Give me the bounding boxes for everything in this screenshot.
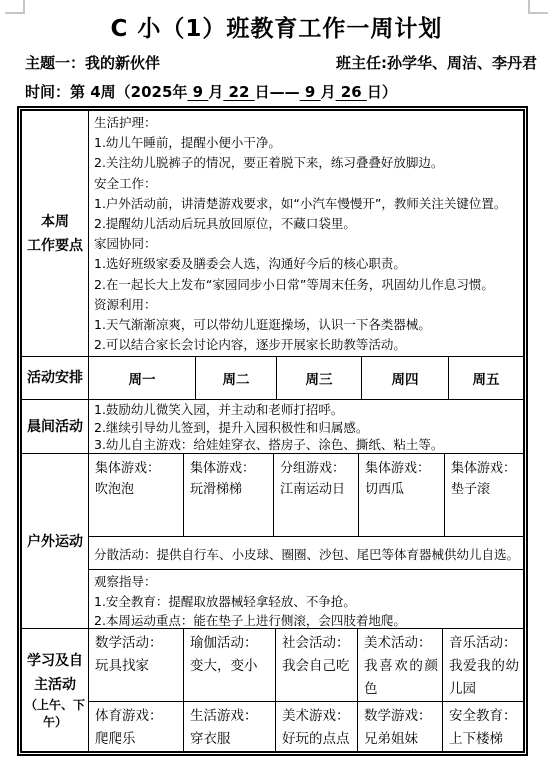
activity-name: 好玩的点点	[282, 728, 353, 751]
activity-type: 生活游戏：	[190, 705, 271, 728]
topic-label: 主题一：我的新伙伴	[25, 52, 160, 73]
learning-r2-monday: 体育游戏： 爬爬乐	[88, 701, 183, 751]
activity-name: 兄弟姐妹	[364, 728, 438, 751]
time-month-start: 9	[187, 83, 208, 101]
game-name: 垫子滚	[451, 479, 520, 500]
learning-r1-thursday: 美术活动： 我喜欢的颜色	[357, 629, 442, 701]
activity-name: 上下楼梯	[449, 728, 519, 751]
outdoor-game-tuesday: 集体游戏： 玩滑梯梯	[183, 454, 273, 536]
activity-name: 穿衣服	[190, 728, 271, 751]
learning-label-sub: （上午、下午）	[22, 697, 88, 731]
outdoor-observe-guidance: 观察指导：1.安全教育：提醒取放器械轻拿轻放、不争抢。2.本周运动重点：能在垫子…	[88, 569, 523, 631]
activity-type: 美术游戏：	[282, 705, 353, 728]
outdoor-scatter-activity: 分散活动：提供自行车、小皮球、圈圈、沙包、尾巴等体育器械供幼儿自选。	[88, 536, 523, 569]
crop-mark-top-right	[528, 0, 548, 14]
learning-r2-thursday: 数学游戏： 兄弟姐妹	[357, 701, 442, 751]
activity-type: 数学活动：	[95, 632, 179, 655]
activity-name: 爬爬乐	[95, 728, 179, 751]
learning-r2-tuesday: 生活游戏： 穿衣服	[183, 701, 275, 751]
learning-activity-rows: 学习及自主活动 （上午、下午） 数学活动： 玩具找家 瑜伽活动： 变大，变小 社…	[22, 628, 523, 751]
day-header-thursday: 周四	[361, 357, 448, 399]
game-type: 集体游戏：	[190, 458, 270, 479]
day-header-tuesday: 周二	[195, 357, 276, 399]
time-day-end: 26	[336, 83, 367, 101]
learning-r1-monday: 数学活动： 玩具找家	[88, 629, 183, 701]
activity-name: 我爱我的幼儿园	[449, 655, 519, 701]
schedule-label: 活动安排	[22, 357, 88, 399]
activity-type: 体育游戏：	[95, 705, 179, 728]
activity-name: 变大，变小	[190, 655, 271, 678]
activity-type: 社会活动：	[282, 632, 353, 655]
game-name: 吹泡泡	[95, 479, 180, 500]
activity-name: 玩具找家	[95, 655, 179, 678]
learning-r2-friday: 安全教育： 上下楼梯	[442, 701, 523, 751]
day-header-monday: 周一	[88, 357, 195, 399]
time-text: 日）	[367, 83, 397, 101]
game-type: 分组游戏：	[280, 458, 355, 479]
morning-content: 1.鼓励幼儿微笑入园，并主动和老师打招呼。2.继续引导幼儿签到，提升入园积极性和…	[88, 400, 523, 454]
activity-type: 美术活动：	[364, 632, 438, 655]
week-focus-label: 本周工作要点	[22, 111, 88, 356]
time-line: 时间：第 4周（2025年 9 月 22 日—— 9 月 26 日）	[25, 81, 537, 102]
morning-activity-row: 晨间活动 1.鼓励幼儿微笑入园，并主动和老师打招呼。2.继续引导幼儿签到，提升入…	[22, 399, 523, 453]
meta-row: 主题一：我的新伙伴 班主任:孙学华、周洁、李丹君	[25, 52, 537, 73]
outdoor-game-wednesday: 分组游戏： 江南运动日	[273, 454, 358, 536]
game-type: 集体游戏：	[365, 458, 441, 479]
game-name: 玩滑梯梯	[190, 479, 270, 500]
outdoor-label: 户外运动	[22, 454, 88, 631]
activity-name: 我会自己吃	[282, 655, 353, 678]
teachers-label: 班主任:孙学华、周洁、李丹君	[336, 52, 537, 73]
game-name: 切西瓜	[365, 479, 441, 500]
morning-label: 晨间活动	[22, 400, 88, 454]
day-header-friday: 周五	[448, 357, 523, 399]
activity-type: 安全教育：	[449, 705, 519, 728]
week-focus-row: 本周工作要点 生活护理：1.幼儿午睡前，提醒小便小干净。2.关注幼儿脱裤子的情况…	[22, 111, 523, 356]
time-day-start: 22	[223, 83, 254, 101]
activity-type: 音乐活动：	[449, 632, 519, 655]
learning-r1-wednesday: 社会活动： 我会自己吃	[275, 629, 357, 701]
activity-name: 我喜欢的颜色	[364, 655, 438, 701]
outdoor-game-monday: 集体游戏： 吹泡泡	[88, 454, 183, 536]
time-text: 时间：第 4周（2025年	[25, 83, 187, 101]
outdoor-game-friday: 集体游戏： 垫子滚	[444, 454, 523, 536]
game-type: 集体游戏：	[451, 458, 520, 479]
day-header-wednesday: 周三	[276, 357, 361, 399]
outdoor-game-thursday: 集体游戏： 切西瓜	[358, 454, 444, 536]
time-text: 月	[321, 83, 336, 101]
activity-type: 数学游戏：	[364, 705, 438, 728]
crop-mark-top-left	[5, 0, 25, 14]
learning-r2-wednesday: 美术游戏： 好玩的点点	[275, 701, 357, 751]
learning-r1-tuesday: 瑜伽活动： 变大，变小	[183, 629, 275, 701]
time-text: 月	[208, 83, 223, 101]
time-month-end: 9	[300, 83, 321, 101]
learning-r1-friday: 音乐活动： 我爱我的幼儿园	[442, 629, 523, 701]
game-name: 江南运动日	[280, 479, 355, 500]
schedule-header-row: 活动安排 周一 周二 周三 周四 周五	[22, 356, 523, 399]
learning-label-main: 学习及自主活动	[27, 649, 83, 697]
week-plan-table: 本周工作要点 生活护理：1.幼儿午睡前，提醒小便小干净。2.关注幼儿脱裤子的情况…	[17, 106, 528, 756]
time-text: 日——	[255, 83, 300, 101]
outdoor-sport-row: 户外运动 集体游戏： 吹泡泡 集体游戏： 玩滑梯梯 分组游戏： 江南运动日 集体…	[22, 453, 523, 628]
week-focus-content: 生活护理：1.幼儿午睡前，提醒小便小干净。2.关注幼儿脱裤子的情况，要正着脱下来…	[88, 111, 523, 356]
learning-label: 学习及自主活动 （上午、下午）	[22, 629, 88, 751]
game-type: 集体游戏：	[95, 458, 180, 479]
activity-type: 瑜伽活动：	[190, 632, 271, 655]
page-title: C 小（1）班教育工作一周计划	[0, 10, 553, 43]
